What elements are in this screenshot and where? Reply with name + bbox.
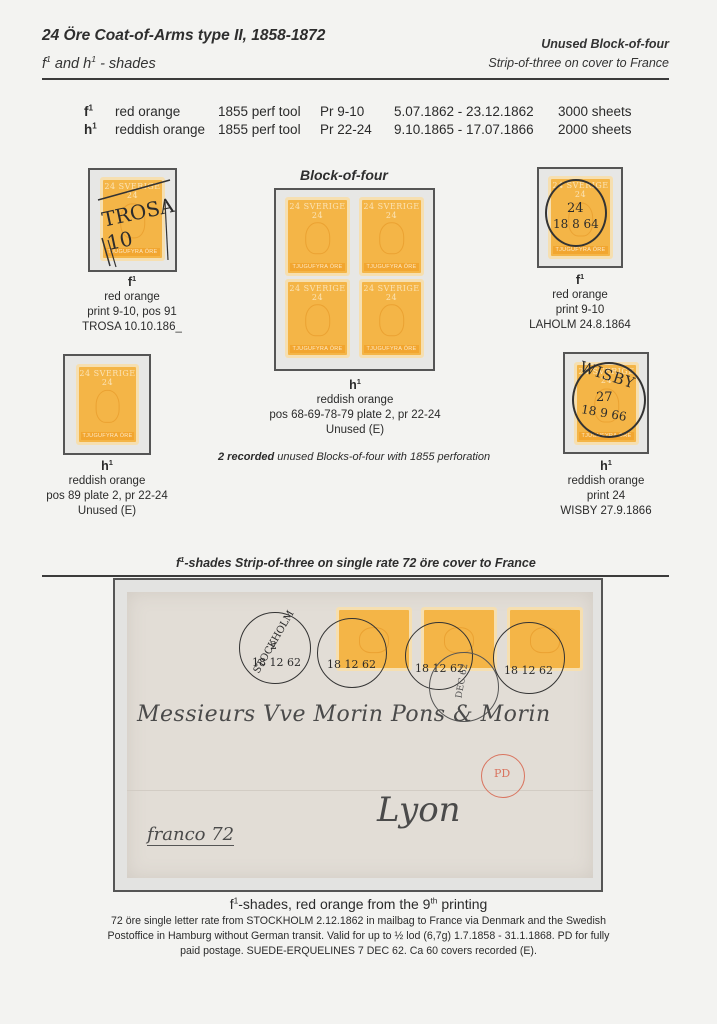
shade-color: reddish orange <box>115 121 218 139</box>
header-right-line2: Strip-of-three on cover to France <box>488 56 669 70</box>
caption-line: red orange <box>62 290 202 305</box>
caption-shade: h1 <box>32 459 182 474</box>
cover-caption-title: f1-shades, red orange from the 9th print… <box>0 896 717 912</box>
postmark-day: 24 <box>567 201 584 216</box>
caption-line: Unused (E) <box>32 504 182 519</box>
caption-line: red orange <box>510 288 650 303</box>
caption-unused: h1 reddish orange pos 89 plate 2, pr 22-… <box>32 459 182 519</box>
shade-code: f1 <box>84 103 115 121</box>
caption-line: pos 89 plate 2, pr 22-24 <box>32 489 182 504</box>
circular-postmark-icon <box>317 618 387 688</box>
cover-envelope: STOCKHOLM 2 18 12 62 18 12 62 18 12 62 D… <box>127 592 593 878</box>
stamp-frame-laholm[interactable]: 24 SVERIGE 24 TJUGUFYRA ÖRE 24 18 8 64 <box>537 167 623 268</box>
coat-of-arms-icon <box>305 304 331 337</box>
stamp-frame-unused[interactable]: 24 SVERIGE 24 TJUGUFYRA ÖRE <box>63 354 151 455</box>
stamp-image: 24 SVERIGE 24TJUGUFYRA ÖRE <box>288 282 347 355</box>
recorded-note: 2 recorded unused Blocks-of-four with 18… <box>218 451 490 463</box>
caption-laholm: f1 red orange print 9-10 LAHOLM 24.8.186… <box>510 273 650 333</box>
stamp-image: 24 SVERIGE 24TJUGUFYRA ÖRE <box>362 282 421 355</box>
postmark-day: 2 <box>270 639 277 652</box>
subtitle-mid: and h <box>51 56 91 72</box>
coat-of-arms-icon <box>379 304 405 337</box>
cover-frame[interactable]: STOCKHOLM 2 18 12 62 18 12 62 18 12 62 D… <box>113 578 603 892</box>
postmark-date: 18 12 62 <box>504 664 553 677</box>
page-subtitle: f1 and h1 - shades <box>42 56 156 72</box>
franco-annotation: franco 72 <box>147 824 234 846</box>
shade-color: red orange <box>115 103 218 121</box>
caption-line: pos 68-69-78-79 plate 2, pr 22-24 <box>220 408 490 423</box>
caption-line: LAHOLM 24.8.1864 <box>510 318 650 333</box>
caption-line: Unused (E) <box>220 423 490 438</box>
header-right-line1: Unused Block-of-four <box>541 37 669 51</box>
coat-of-arms-icon <box>305 222 331 255</box>
pd-mark-text: PD <box>494 767 510 780</box>
table-row: f1 red orange 1855 perf tool Pr 9-10 5.0… <box>84 103 632 121</box>
coat-of-arms-icon <box>379 222 405 255</box>
stamp-frame-wisby[interactable]: 24 SVERIGE 24 TJUGUFYRA ÖRE WISBY 27 18 … <box>563 352 649 454</box>
coat-of-arms-icon <box>95 389 120 423</box>
shade-print: Pr 22-24 <box>320 121 394 139</box>
header-divider <box>42 78 669 80</box>
postmark-date: 18 8 64 <box>553 217 599 231</box>
postmark-date: 18 12 62 <box>327 658 376 671</box>
shade-perf: 1855 perf tool <box>218 103 320 121</box>
page-title: 24 Öre Coat-of-Arms type II, 1858-1872 <box>42 27 325 45</box>
strip-divider <box>42 575 669 577</box>
stamp-image: 24 SVERIGE 24TJUGUFYRA ÖRE <box>288 200 347 273</box>
shade-perf: 1855 perf tool <box>218 121 320 139</box>
caption-line: print 24 <box>535 489 677 504</box>
address-line: Messieurs Vve Morin Pons & Morin <box>137 702 551 727</box>
caption-line: reddish orange <box>220 393 490 408</box>
caption-wisby: h1 reddish orange print 24 WISBY 27.9.18… <box>535 459 677 519</box>
caption-shade: h1 <box>220 378 490 393</box>
stamp-image: 24 SVERIGE 24 TJUGUFYRA ÖRE <box>79 367 136 442</box>
table-row: h1 reddish orange 1855 perf tool Pr 22-2… <box>84 121 632 139</box>
caption-shade: f1 <box>510 273 650 288</box>
shade-sheets: 2000 sheets <box>558 121 632 139</box>
circular-postmark-icon <box>493 622 565 694</box>
stamp-frame-trosa[interactable]: 24 SVERIGE 24 TJUGUFYRA ÖRE TROSA 10 <box>88 168 177 272</box>
cover-caption-description: 72 öre single letter rate from STOCKHOLM… <box>102 914 615 959</box>
caption-trosa: f1 red orange print 9-10, pos 91 TROSA 1… <box>62 275 202 335</box>
caption-line: reddish orange <box>32 474 182 489</box>
caption-line: WISBY 27.9.1866 <box>535 504 677 519</box>
strip-section-title: f1-shades Strip-of-three on single rate … <box>176 556 536 570</box>
address-city: Lyon <box>377 790 461 830</box>
stamp-image: 24 SVERIGE 24TJUGUFYRA ÖRE <box>362 200 421 273</box>
caption-line: print 9-10, pos 91 <box>62 305 202 320</box>
caption-line: reddish orange <box>535 474 677 489</box>
shade-period: 5.07.1862 - 23.12.1862 <box>394 103 558 121</box>
caption-block: h1 reddish orange pos 68-69-78-79 plate … <box>220 378 490 438</box>
block-title: Block-of-four <box>300 167 388 183</box>
caption-shade: h1 <box>535 459 677 474</box>
subtitle-rest: - shades <box>96 56 156 72</box>
shade-period: 9.10.1865 - 17.07.1866 <box>394 121 558 139</box>
cover-fold-line <box>127 790 593 791</box>
caption-shade: f1 <box>62 275 202 290</box>
shade-sheets: 3000 sheets <box>558 103 632 121</box>
stamp-frame-block[interactable]: 24 SVERIGE 24TJUGUFYRA ÖRE 24 SVERIGE 24… <box>274 188 435 371</box>
postmark-date: 18 12 62 <box>252 656 301 669</box>
shade-print: Pr 9-10 <box>320 103 394 121</box>
shade-code: h1 <box>84 121 115 139</box>
postmark-day: 27 <box>596 390 613 405</box>
caption-line: TROSA 10.10.186_ <box>62 320 202 335</box>
caption-line: print 9-10 <box>510 303 650 318</box>
shade-table: f1 red orange 1855 perf tool Pr 9-10 5.0… <box>84 103 632 139</box>
